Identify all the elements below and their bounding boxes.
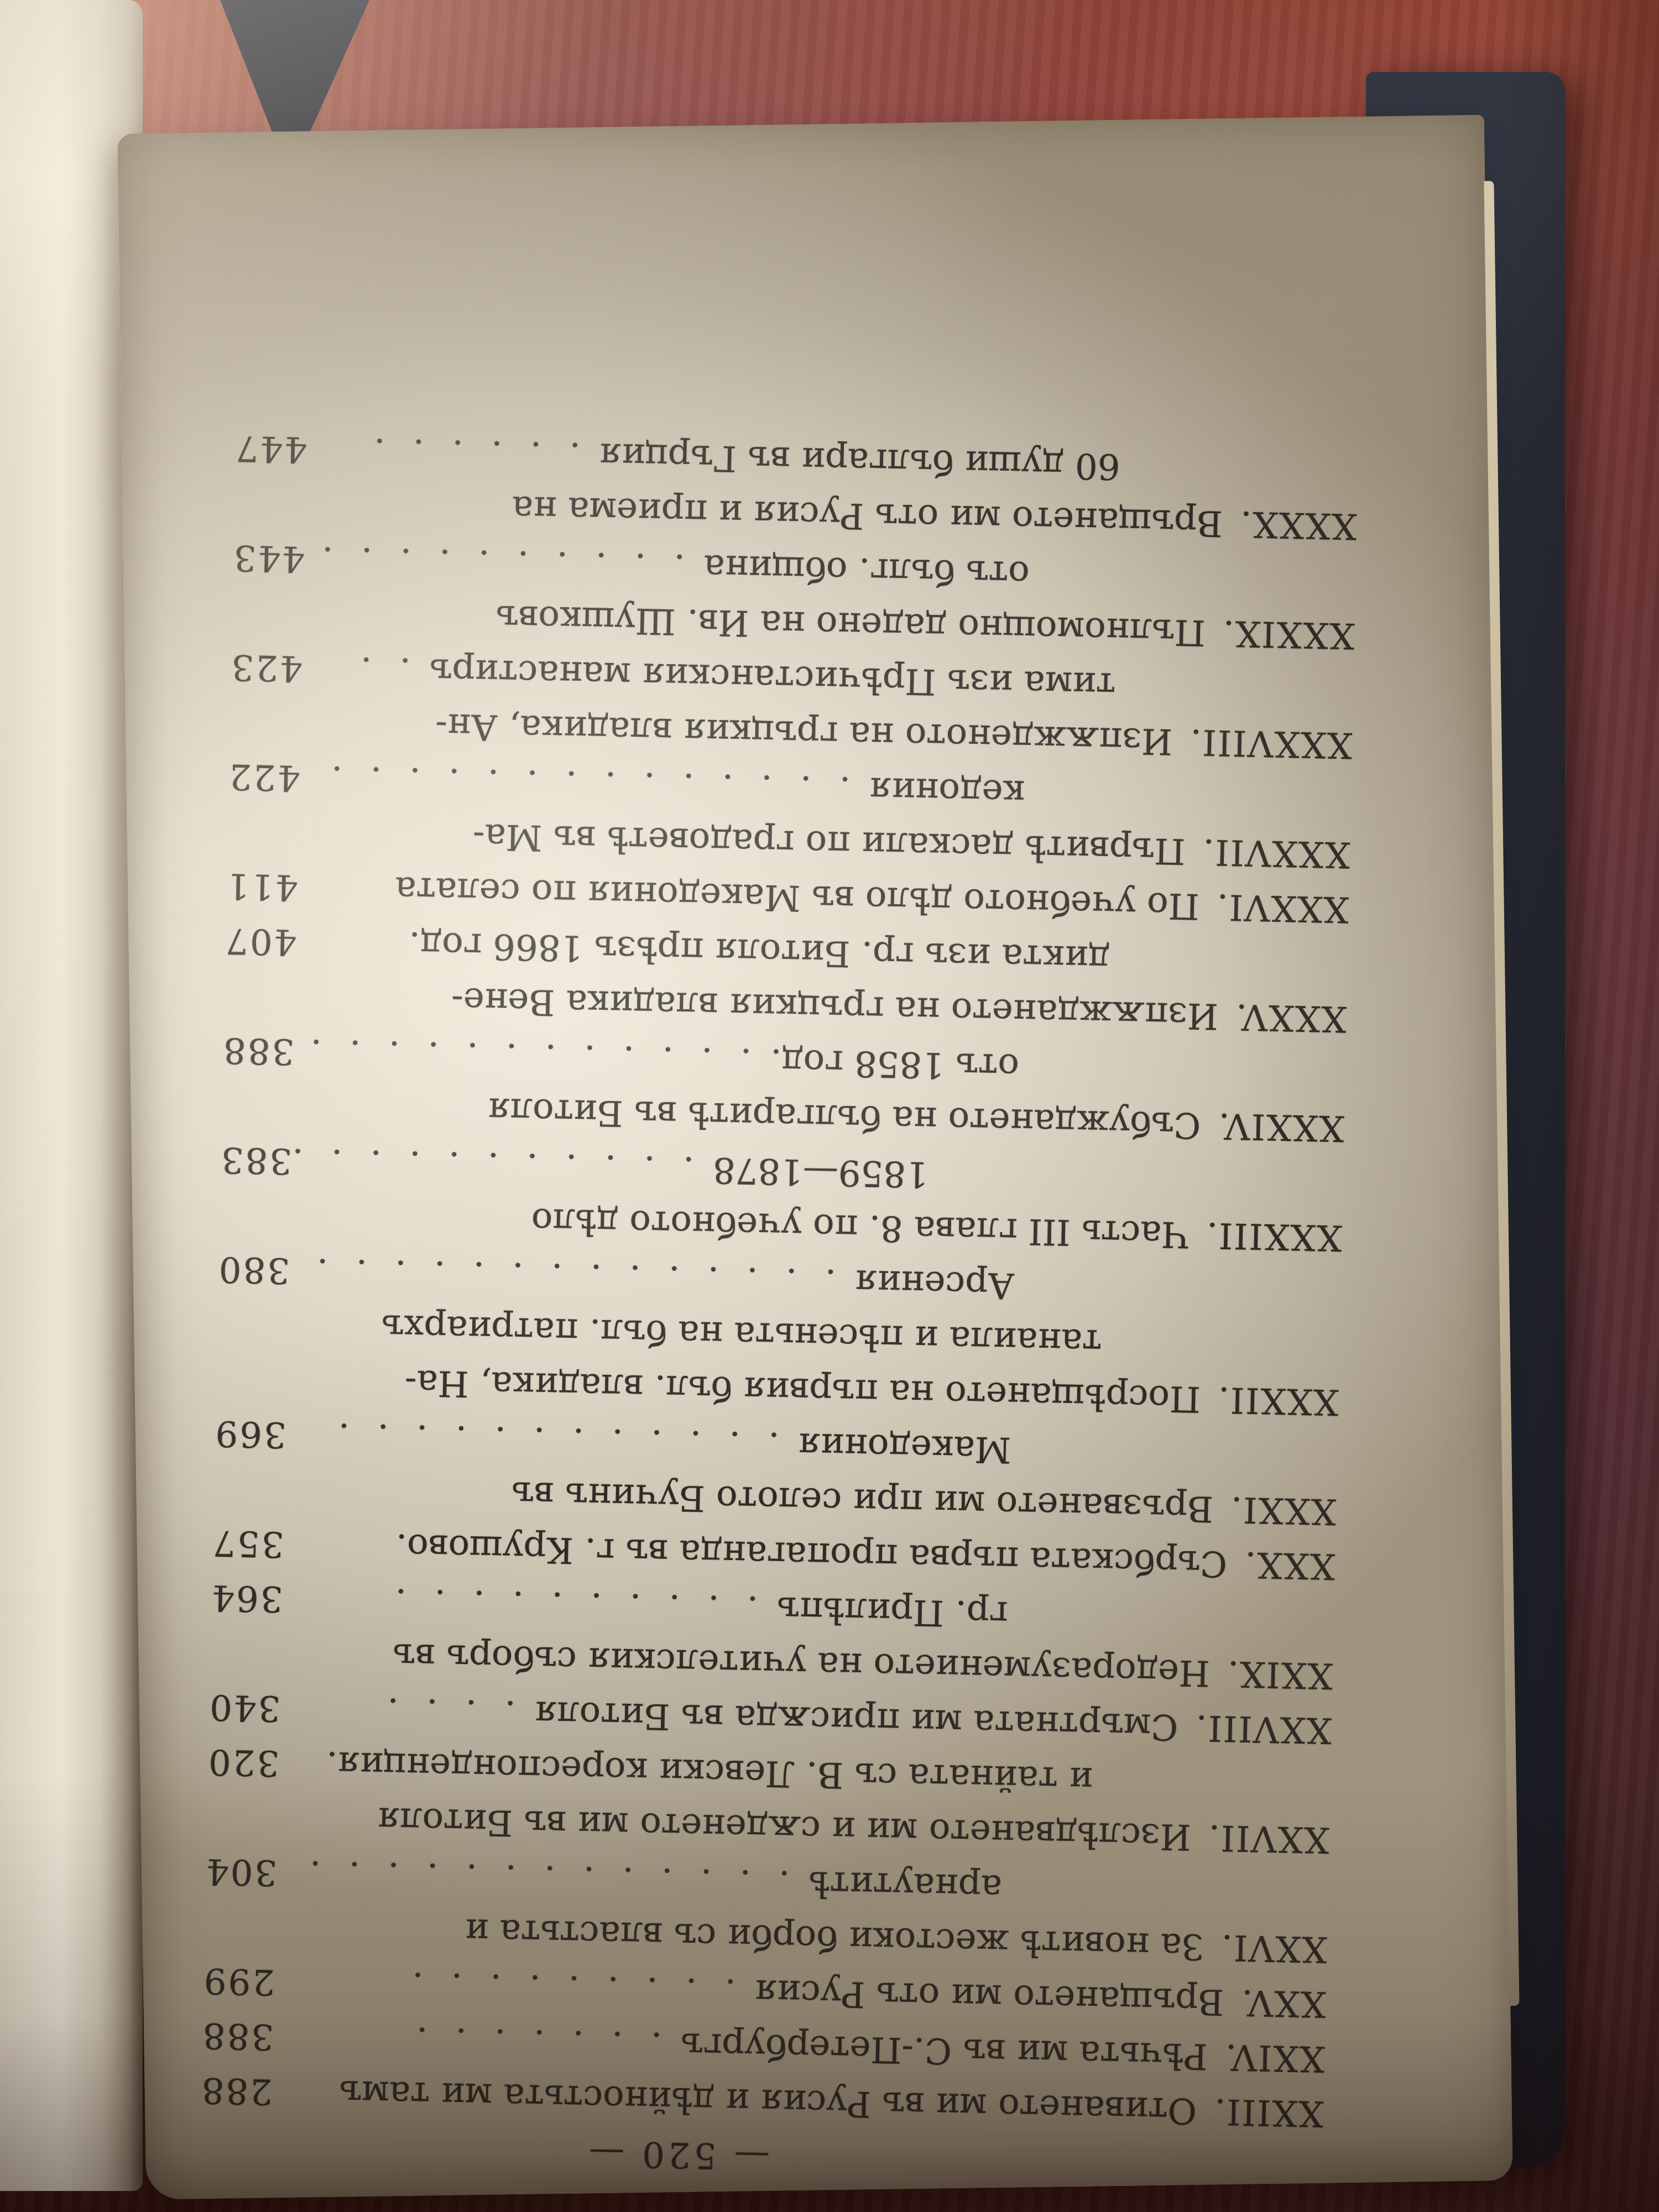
toc-dot-leader: . . . . . . . . . . . . . . [291, 1133, 713, 1197]
toc-dot-leader [227, 819, 473, 824]
toc-dot-leader: . . . . . . . [273, 2009, 681, 2072]
toc-dot-leader [215, 1366, 405, 1370]
contents-page: — 520 — XXIII.Отиването ми въ Русия и дѣ… [117, 114, 1513, 2199]
toc-entry-title: отъ 1858 год. [770, 1034, 1020, 1093]
toc-page-number: 411 [225, 858, 298, 914]
toc-chapter-numeral: XXXIV. [1217, 1098, 1344, 1155]
toc-chapter-numeral: XXVI. [1220, 1919, 1328, 1976]
toc-entry-title: гр. Прилѣпъ [776, 1582, 1008, 1641]
toc-chapter-numeral: XXXIII. [1205, 1207, 1343, 1265]
toc-dot-leader [280, 1751, 327, 1752]
toc-chapter-numeral: XXX. [1243, 1536, 1335, 1593]
toc-dot-leader [297, 930, 409, 932]
toc-page-number: 340 [207, 1679, 281, 1735]
toc-entry-title: отъ бълг. община [703, 539, 1030, 601]
toc-page-number: 288 [200, 2062, 273, 2119]
toc-chapter-numeral: XXIV. [1224, 2029, 1326, 2086]
toc-dot-leader: . . . . [280, 1681, 535, 1741]
toc-chapter-numeral: XXXVIII. [1188, 714, 1353, 772]
toc-dot-leader: . . [302, 640, 430, 698]
toc-page-number: 357 [211, 1515, 284, 1571]
toc-page-number: 304 [204, 1843, 278, 1900]
toc-chapter-numeral: XXXVII. [1201, 823, 1350, 881]
toc-dot-leader [210, 1640, 393, 1644]
toc-entry-title: 1859—1878 [712, 1142, 929, 1201]
toc-page-number: 299 [202, 1953, 275, 2009]
toc-entry-title: Връщането ми отъ Русия [754, 1964, 1224, 2029]
toc-page-number: 422 [227, 748, 300, 805]
toc-dot-leader [204, 1914, 465, 1919]
toc-dot-leader [216, 1312, 382, 1315]
toc-entry-title: арнаутитѣ [808, 1856, 1003, 1914]
toc-page-number: 383 [219, 1131, 293, 1188]
toc-page-number: 388 [201, 2007, 274, 2064]
toc-dot-leader: . . . . . . . . . . . . . [276, 1845, 809, 1911]
toc-chapter-numeral: XXVII. [1207, 1809, 1329, 1867]
toc-dot-leader [273, 2080, 339, 2081]
toc-page-number: 388 [221, 1022, 295, 1078]
toc-dot-leader [298, 875, 395, 878]
toc-entry-title: Рѣчьта ми въ С.-Петербургъ [680, 2017, 1208, 2083]
toc-chapter-numeral: XXV. [1240, 1974, 1327, 2031]
toc-dot-leader: . . . . . . . . . . . . [286, 1407, 799, 1472]
toc-chapter-numeral: XXXX. [1239, 496, 1358, 553]
toc-page-number: 407 [223, 912, 297, 969]
toc-dot-leader [231, 600, 496, 606]
book-photo-scene: — 520 — XXIII.Отиването ми въ Русия и дѣ… [0, 0, 1659, 2212]
toc-dot-leader: . . . . . . . . . . [283, 1571, 778, 1636]
toc-dot-leader [213, 1476, 512, 1482]
toc-page-number: 443 [232, 530, 305, 586]
toc-entry-title: 60 души българи въ Гърция [599, 427, 1121, 493]
toc-chapter-numeral: XXIII. [1213, 2083, 1324, 2140]
toc-page-number: 447 [234, 420, 307, 477]
toc-dot-leader: . . . . . . . . . . . . [294, 1024, 771, 1088]
toc-page-number: 320 [206, 1734, 280, 1790]
toc-dot-leader [223, 983, 452, 988]
table-of-contents: XXIII.Отиването ми въ Русия и дѣйностьта… [200, 420, 1359, 2141]
toc-chapter-numeral: XXXIX. [1221, 605, 1355, 662]
toc-chapter-numeral: XXVIII. [1194, 1699, 1332, 1757]
toc-dot-leader [221, 1093, 488, 1098]
page-content-upside-down: — 520 — XXIII.Отиването ми въ Русия и дѣ… [199, 415, 1359, 2195]
toc-dot-leader [218, 1202, 531, 1209]
toc-entry-title: Арсения [854, 1254, 1015, 1312]
toc-page-number: 380 [217, 1241, 290, 1297]
toc-chapter-numeral: XXXI. [1229, 1481, 1337, 1538]
toc-dot-leader: . . . . . . . . . [274, 1954, 755, 2019]
toc-chapter-numeral: XXXV. [1234, 989, 1347, 1046]
toc-dot-leader [229, 709, 436, 714]
toc-entry-title: Македония [797, 1417, 1011, 1477]
toc-chapter-numeral: XXXVI. [1215, 879, 1349, 936]
toc-dot-leader: . . . . . . [306, 421, 600, 482]
toc-dot-leader: . . . . . . . . . . [304, 531, 705, 594]
toc-page-number: 364 [210, 1569, 283, 1626]
toc-dot-leader [206, 1804, 378, 1808]
toc-entry-title: кедония [869, 762, 1026, 820]
toc-page-number: 369 [213, 1405, 287, 1462]
toc-chapter-numeral: XXXII. [1217, 1371, 1339, 1429]
toc-dot-leader [233, 491, 512, 497]
toc-dot-leader [284, 1532, 396, 1535]
toc-page-number: 423 [229, 639, 303, 695]
toc-chapter-numeral: XXIX. [1226, 1646, 1333, 1703]
